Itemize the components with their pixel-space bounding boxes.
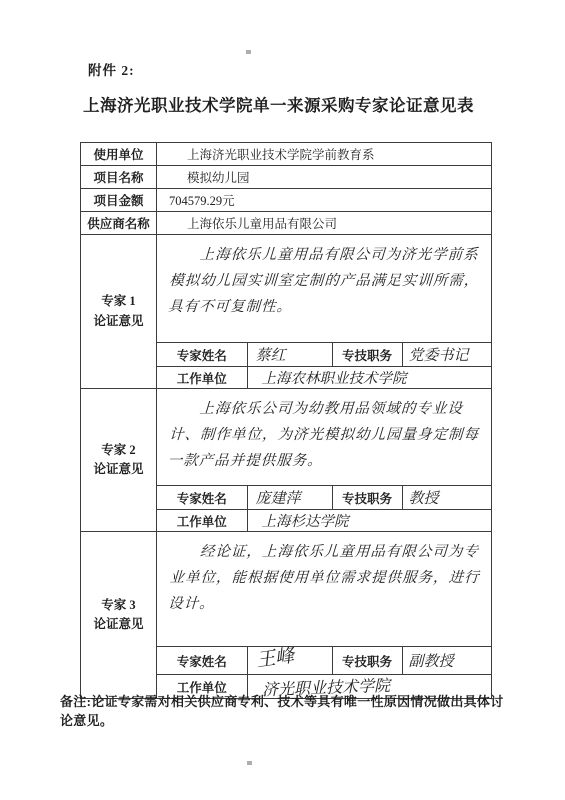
expert-1-section: 专家 1 论证意见 上海依乐儿童用品有限公司为济光学前系模拟幼儿园实训室定制的产… (81, 235, 492, 389)
field-value: 模拟幼儿园 (157, 166, 492, 189)
expert-3-opinion-handwriting: 经论证，上海依乐儿童用品有限公司为专业单位，能根据使用单位需求提供服务，进行设计… (154, 532, 494, 646)
expert-3-job-title-handwriting: 副教授 (402, 647, 491, 675)
expert-2-unit-row: 工作单位 上海杉达学院 (157, 510, 491, 532)
job-title-label: 专技职务 (332, 486, 402, 510)
expert-2-job-title-handwriting: 教授 (402, 486, 491, 510)
expert-1-body: 上海依乐儿童用品有限公司为济光学前系模拟幼儿园实训室定制的产品满足实训所需，具有… (157, 235, 492, 389)
info-row-using-unit: 使用单位 上海济光职业技术学院学前教育系 (81, 143, 492, 166)
info-row-project-amount: 项目金额 704579.29元 (81, 189, 492, 212)
scanned-form-page: 附件 2: 上海济光职业技术学院单一来源采购专家论证意见表 使用单位 上海济光职… (0, 0, 565, 800)
info-row-supplier-name: 供应商名称 上海依乐儿童用品有限公司 (81, 212, 492, 235)
expert-3-label-line1: 专家 3 (101, 598, 135, 612)
footer-note: 备注:论证专家需对相关供应商专利、技术等具有唯一性原因情况做出具体讨论意见。 (60, 692, 512, 730)
expert-1-label-line2: 论证意见 (93, 314, 143, 328)
expert-1-label-line1: 专家 1 (101, 294, 135, 308)
expert-2-section: 专家 2 论证意见 上海依乐公司为幼教用品领域的专业设计、制作单位，为济光模拟幼… (81, 389, 492, 532)
expert-1-section-label: 专家 1 论证意见 (81, 235, 157, 389)
job-title-label: 专技职务 (332, 343, 402, 367)
expert-1-name-handwriting: 蔡红 (247, 343, 332, 367)
job-title-label: 专技职务 (332, 647, 402, 675)
expert-3-section-label: 专家 3 论证意见 (81, 532, 157, 699)
scan-artifact-speck (247, 761, 252, 765)
expert-1-signature-table: 专家姓名 蔡红 专技职务 党委书记 工作单位 上海农林职业技术学院 (157, 342, 491, 388)
expert-3-body: 经论证，上海依乐儿童用品有限公司为专业单位，能根据使用单位需求提供服务，进行设计… (157, 532, 492, 699)
expert-2-opinion-handwriting: 上海依乐公司为幼教用品领域的专业设计、制作单位，为济光模拟幼儿园量身定制每一款产… (154, 389, 493, 485)
form-title: 上海济光职业技术学院单一来源采购专家论证意见表 (0, 92, 557, 116)
expert-2-section-label: 专家 2 论证意见 (81, 389, 157, 532)
expert-1-job-title-handwriting: 党委书记 (402, 343, 491, 367)
field-value: 上海依乐儿童用品有限公司 (157, 212, 492, 235)
expert-1-name-row: 专家姓名 蔡红 专技职务 党委书记 (157, 343, 491, 367)
expert-name-label: 专家姓名 (157, 486, 247, 510)
expert-name-label: 专家姓名 (157, 343, 247, 367)
expert-2-unit-handwriting: 上海杉达学院 (247, 510, 491, 532)
expert-3-name-row: 专家姓名 王峰 专技职务 副教授 (157, 647, 491, 675)
field-value: 704579.29元 (157, 189, 492, 212)
expert-3-label-line2: 论证意见 (93, 617, 143, 631)
expert-2-name-row: 专家姓名 庞建萍 专技职务 教授 (157, 486, 491, 510)
expert-3-signature-table: 专家姓名 王峰 专技职务 副教授 工作单位 济光职业技术学院 (157, 646, 491, 698)
expert-2-signature-table: 专家姓名 庞建萍 专技职务 教授 工作单位 上海杉达学院 (157, 485, 491, 531)
attachment-label: 附件 2: (88, 59, 135, 79)
expert-name-label: 专家姓名 (157, 647, 247, 675)
info-row-project-name: 项目名称 模拟幼儿园 (81, 166, 492, 189)
work-unit-label: 工作单位 (157, 367, 247, 389)
field-value: 上海济光职业技术学院学前教育系 (157, 143, 492, 166)
expert-1-unit-row: 工作单位 上海农林职业技术学院 (157, 367, 491, 389)
field-label: 项目金额 (81, 189, 157, 212)
expert-3-name-signature: 王峰 (247, 647, 332, 675)
expert-2-label-line2: 论证意见 (93, 462, 143, 476)
scan-artifact-speck (246, 50, 251, 54)
expert-2-label-line1: 专家 2 (101, 443, 135, 457)
work-unit-label: 工作单位 (157, 510, 247, 532)
expert-1-unit-handwriting: 上海农林职业技术学院 (247, 367, 491, 389)
expert-3-section: 专家 3 论证意见 经论证，上海依乐儿童用品有限公司为专业单位，能根据使用单位需… (81, 532, 492, 699)
expert-2-name-handwriting: 庞建萍 (247, 486, 332, 510)
expert-2-body: 上海依乐公司为幼教用品领域的专业设计、制作单位，为济光模拟幼儿园量身定制每一款产… (157, 389, 492, 532)
field-label: 使用单位 (81, 143, 157, 166)
expert-1-opinion-handwriting: 上海依乐儿童用品有限公司为济光学前系模拟幼儿园实训室定制的产品满足实训所需，具有… (154, 235, 494, 342)
signature-handwriting: 王峰 (254, 640, 295, 672)
form-table: 使用单位 上海济光职业技术学院学前教育系 项目名称 模拟幼儿园 项目金额 704… (80, 142, 492, 699)
field-label: 供应商名称 (81, 212, 157, 235)
field-label: 项目名称 (81, 166, 157, 189)
